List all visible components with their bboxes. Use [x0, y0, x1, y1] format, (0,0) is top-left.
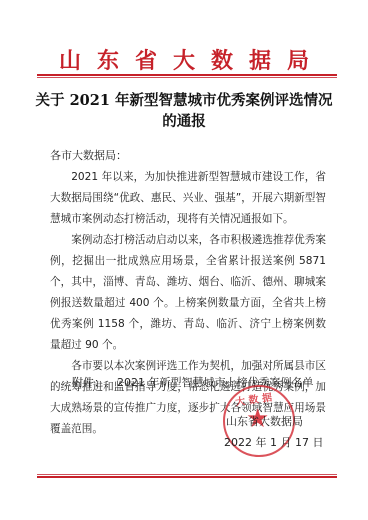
paragraph: 案例动态打榜活动启动以来，各市积极遴选推荐优秀案例，挖掘出一批成熟应用场景，全省…	[50, 230, 326, 356]
attachment-label: 附件：	[72, 376, 105, 389]
org-header: 山东省大数据局	[0, 44, 368, 75]
attachment-title: 2021 年新型智慧城市上榜优秀案例名单	[117, 376, 314, 389]
footer-divider-thin	[37, 474, 337, 475]
title-line-2: 的通报	[0, 111, 368, 132]
footer-divider	[37, 476, 337, 478]
attachment-line: 附件：2021 年新型智慧城市上榜优秀案例名单	[72, 374, 314, 390]
signature-org: 山东省大数据局	[226, 413, 303, 429]
salutation: 各市大数据局：	[50, 147, 127, 163]
paragraph: 2021 年以来，为加快推进新型智慧城市建设工作，省大数据局围绕“优政、惠民、兴…	[50, 167, 326, 230]
title-line-1: 关于 2021 年新型智慧城市优秀案例评选情况	[0, 90, 368, 111]
header-divider-thin	[37, 77, 337, 78]
signature-date: 2022 年 1 月 17 日	[224, 434, 323, 450]
header-divider	[37, 74, 337, 76]
document-title: 关于 2021 年新型智慧城市优秀案例评选情况 的通报	[0, 90, 368, 132]
